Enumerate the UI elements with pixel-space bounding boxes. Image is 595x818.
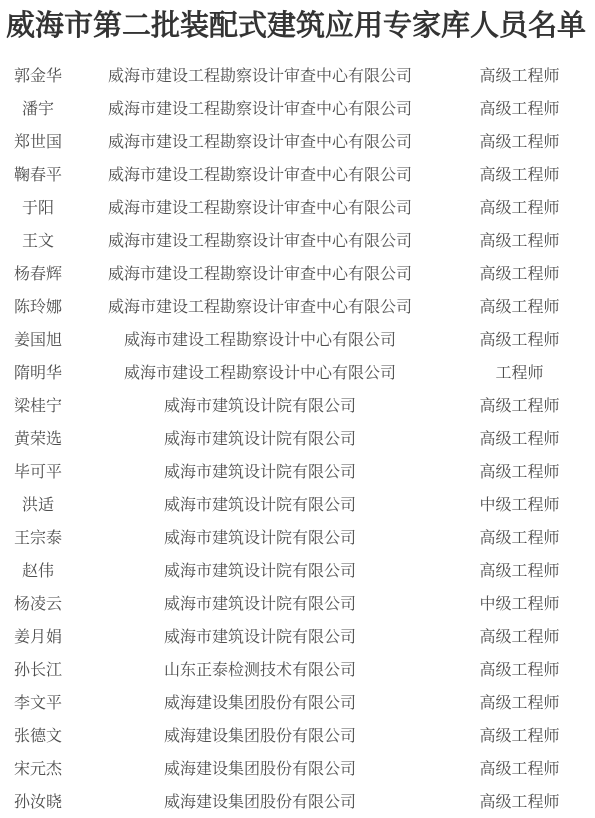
expert-name: 隋明华 [0, 356, 76, 389]
expert-title: 高级工程师 [444, 389, 595, 422]
expert-name: 黄荣选 [0, 422, 76, 455]
expert-company: 山东正泰检测技术有限公司 [76, 653, 444, 686]
table-row: 姜月娟 威海市建筑设计院有限公司 高级工程师 [0, 620, 595, 653]
table-row: 王宗泰 威海市建筑设计院有限公司 高级工程师 [0, 521, 595, 554]
table-row: 郭金华 威海市建设工程勘察设计审查中心有限公司 高级工程师 [0, 59, 595, 92]
expert-title: 高级工程师 [444, 257, 595, 290]
document-page: 威海市第二批装配式建筑应用专家库人员名单 郭金华 威海市建设工程勘察设计审查中心… [0, 7, 595, 818]
expert-name: 洪适 [0, 488, 76, 521]
expert-company: 威海建设集团股份有限公司 [76, 752, 444, 785]
expert-company: 威海市建筑设计院有限公司 [76, 389, 444, 422]
table-row: 杨凌云 威海市建筑设计院有限公司 中级工程师 [0, 587, 595, 620]
expert-title: 高级工程师 [444, 191, 595, 224]
expert-name: 姜月娟 [0, 620, 76, 653]
expert-company: 威海建设集团股份有限公司 [76, 785, 444, 818]
expert-title: 高级工程师 [444, 224, 595, 257]
expert-company: 威海市建筑设计院有限公司 [76, 554, 444, 587]
expert-name: 鞠春平 [0, 158, 76, 191]
expert-company: 威海市建设工程勘察设计审查中心有限公司 [76, 290, 444, 323]
expert-title: 工程师 [444, 356, 595, 389]
expert-title: 高级工程师 [444, 686, 595, 719]
expert-title: 高级工程师 [444, 752, 595, 785]
expert-title: 高级工程师 [444, 323, 595, 356]
expert-company: 威海市建设工程勘察设计审查中心有限公司 [76, 59, 444, 92]
expert-company: 威海市建设工程勘察设计中心有限公司 [76, 356, 444, 389]
expert-name: 于阳 [0, 191, 76, 224]
expert-company: 威海市建设工程勘察设计审查中心有限公司 [76, 191, 444, 224]
expert-title: 高级工程师 [444, 521, 595, 554]
table-row: 隋明华 威海市建设工程勘察设计中心有限公司 工程师 [0, 356, 595, 389]
expert-company: 威海市建设工程勘察设计审查中心有限公司 [76, 257, 444, 290]
table-row: 潘宇 威海市建设工程勘察设计审查中心有限公司 高级工程师 [0, 92, 595, 125]
expert-company: 威海市建筑设计院有限公司 [76, 587, 444, 620]
table-row: 孙汝晓 威海建设集团股份有限公司 高级工程师 [0, 785, 595, 818]
table-row: 陈玲娜 威海市建设工程勘察设计审查中心有限公司 高级工程师 [0, 290, 595, 323]
table-row: 洪适 威海市建筑设计院有限公司 中级工程师 [0, 488, 595, 521]
expert-name: 张德文 [0, 719, 76, 752]
expert-title: 高级工程师 [444, 620, 595, 653]
expert-title: 高级工程师 [444, 92, 595, 125]
expert-name: 宋元杰 [0, 752, 76, 785]
expert-title: 高级工程师 [444, 59, 595, 92]
expert-title: 高级工程师 [444, 653, 595, 686]
expert-name: 王宗泰 [0, 521, 76, 554]
expert-title: 高级工程师 [444, 785, 595, 818]
page-title: 威海市第二批装配式建筑应用专家库人员名单 [6, 7, 591, 43]
experts-table: 郭金华 威海市建设工程勘察设计审查中心有限公司 高级工程师 潘宇 威海市建设工程… [0, 59, 595, 818]
expert-title: 高级工程师 [444, 422, 595, 455]
expert-company: 威海市建筑设计院有限公司 [76, 521, 444, 554]
expert-name: 潘宇 [0, 92, 76, 125]
expert-title: 高级工程师 [444, 455, 595, 488]
table-row: 梁桂宁 威海市建筑设计院有限公司 高级工程师 [0, 389, 595, 422]
expert-name: 姜国旭 [0, 323, 76, 356]
expert-company: 威海建设集团股份有限公司 [76, 719, 444, 752]
table-row: 鞠春平 威海市建设工程勘察设计审查中心有限公司 高级工程师 [0, 158, 595, 191]
expert-name: 孙长江 [0, 653, 76, 686]
expert-title: 高级工程师 [444, 290, 595, 323]
table-row: 孙长江 山东正泰检测技术有限公司 高级工程师 [0, 653, 595, 686]
expert-name: 杨凌云 [0, 587, 76, 620]
table-row: 李文平 威海建设集团股份有限公司 高级工程师 [0, 686, 595, 719]
expert-name: 陈玲娜 [0, 290, 76, 323]
expert-company: 威海市建设工程勘察设计审查中心有限公司 [76, 224, 444, 257]
table-row: 张德文 威海建设集团股份有限公司 高级工程师 [0, 719, 595, 752]
table-row: 姜国旭 威海市建设工程勘察设计中心有限公司 高级工程师 [0, 323, 595, 356]
expert-title: 高级工程师 [444, 158, 595, 191]
table-row: 黄荣选 威海市建筑设计院有限公司 高级工程师 [0, 422, 595, 455]
expert-title: 高级工程师 [444, 554, 595, 587]
expert-company: 威海市建设工程勘察设计审查中心有限公司 [76, 158, 444, 191]
expert-name: 王文 [0, 224, 76, 257]
table-row: 宋元杰 威海建设集团股份有限公司 高级工程师 [0, 752, 595, 785]
table-row: 赵伟 威海市建筑设计院有限公司 高级工程师 [0, 554, 595, 587]
expert-company: 威海建设集团股份有限公司 [76, 686, 444, 719]
expert-company: 威海市建筑设计院有限公司 [76, 422, 444, 455]
table-row: 杨春辉 威海市建设工程勘察设计审查中心有限公司 高级工程师 [0, 257, 595, 290]
expert-name: 郭金华 [0, 59, 76, 92]
experts-table-body: 郭金华 威海市建设工程勘察设计审查中心有限公司 高级工程师 潘宇 威海市建设工程… [0, 59, 595, 818]
expert-name: 孙汝晓 [0, 785, 76, 818]
expert-title: 中级工程师 [444, 587, 595, 620]
expert-name: 杨春辉 [0, 257, 76, 290]
expert-company: 威海市建设工程勘察设计审查中心有限公司 [76, 92, 444, 125]
expert-title: 高级工程师 [444, 125, 595, 158]
expert-company: 威海市建筑设计院有限公司 [76, 488, 444, 521]
expert-name: 梁桂宁 [0, 389, 76, 422]
expert-name: 赵伟 [0, 554, 76, 587]
expert-company: 威海市建筑设计院有限公司 [76, 620, 444, 653]
expert-name: 郑世国 [0, 125, 76, 158]
expert-title: 中级工程师 [444, 488, 595, 521]
table-row: 郑世国 威海市建设工程勘察设计审查中心有限公司 高级工程师 [0, 125, 595, 158]
expert-company: 威海市建设工程勘察设计审查中心有限公司 [76, 125, 444, 158]
expert-name: 李文平 [0, 686, 76, 719]
expert-company: 威海市建设工程勘察设计中心有限公司 [76, 323, 444, 356]
expert-title: 高级工程师 [444, 719, 595, 752]
expert-name: 毕可平 [0, 455, 76, 488]
table-row: 于阳 威海市建设工程勘察设计审查中心有限公司 高级工程师 [0, 191, 595, 224]
table-row: 毕可平 威海市建筑设计院有限公司 高级工程师 [0, 455, 595, 488]
expert-company: 威海市建筑设计院有限公司 [76, 455, 444, 488]
table-row: 王文 威海市建设工程勘察设计审查中心有限公司 高级工程师 [0, 224, 595, 257]
